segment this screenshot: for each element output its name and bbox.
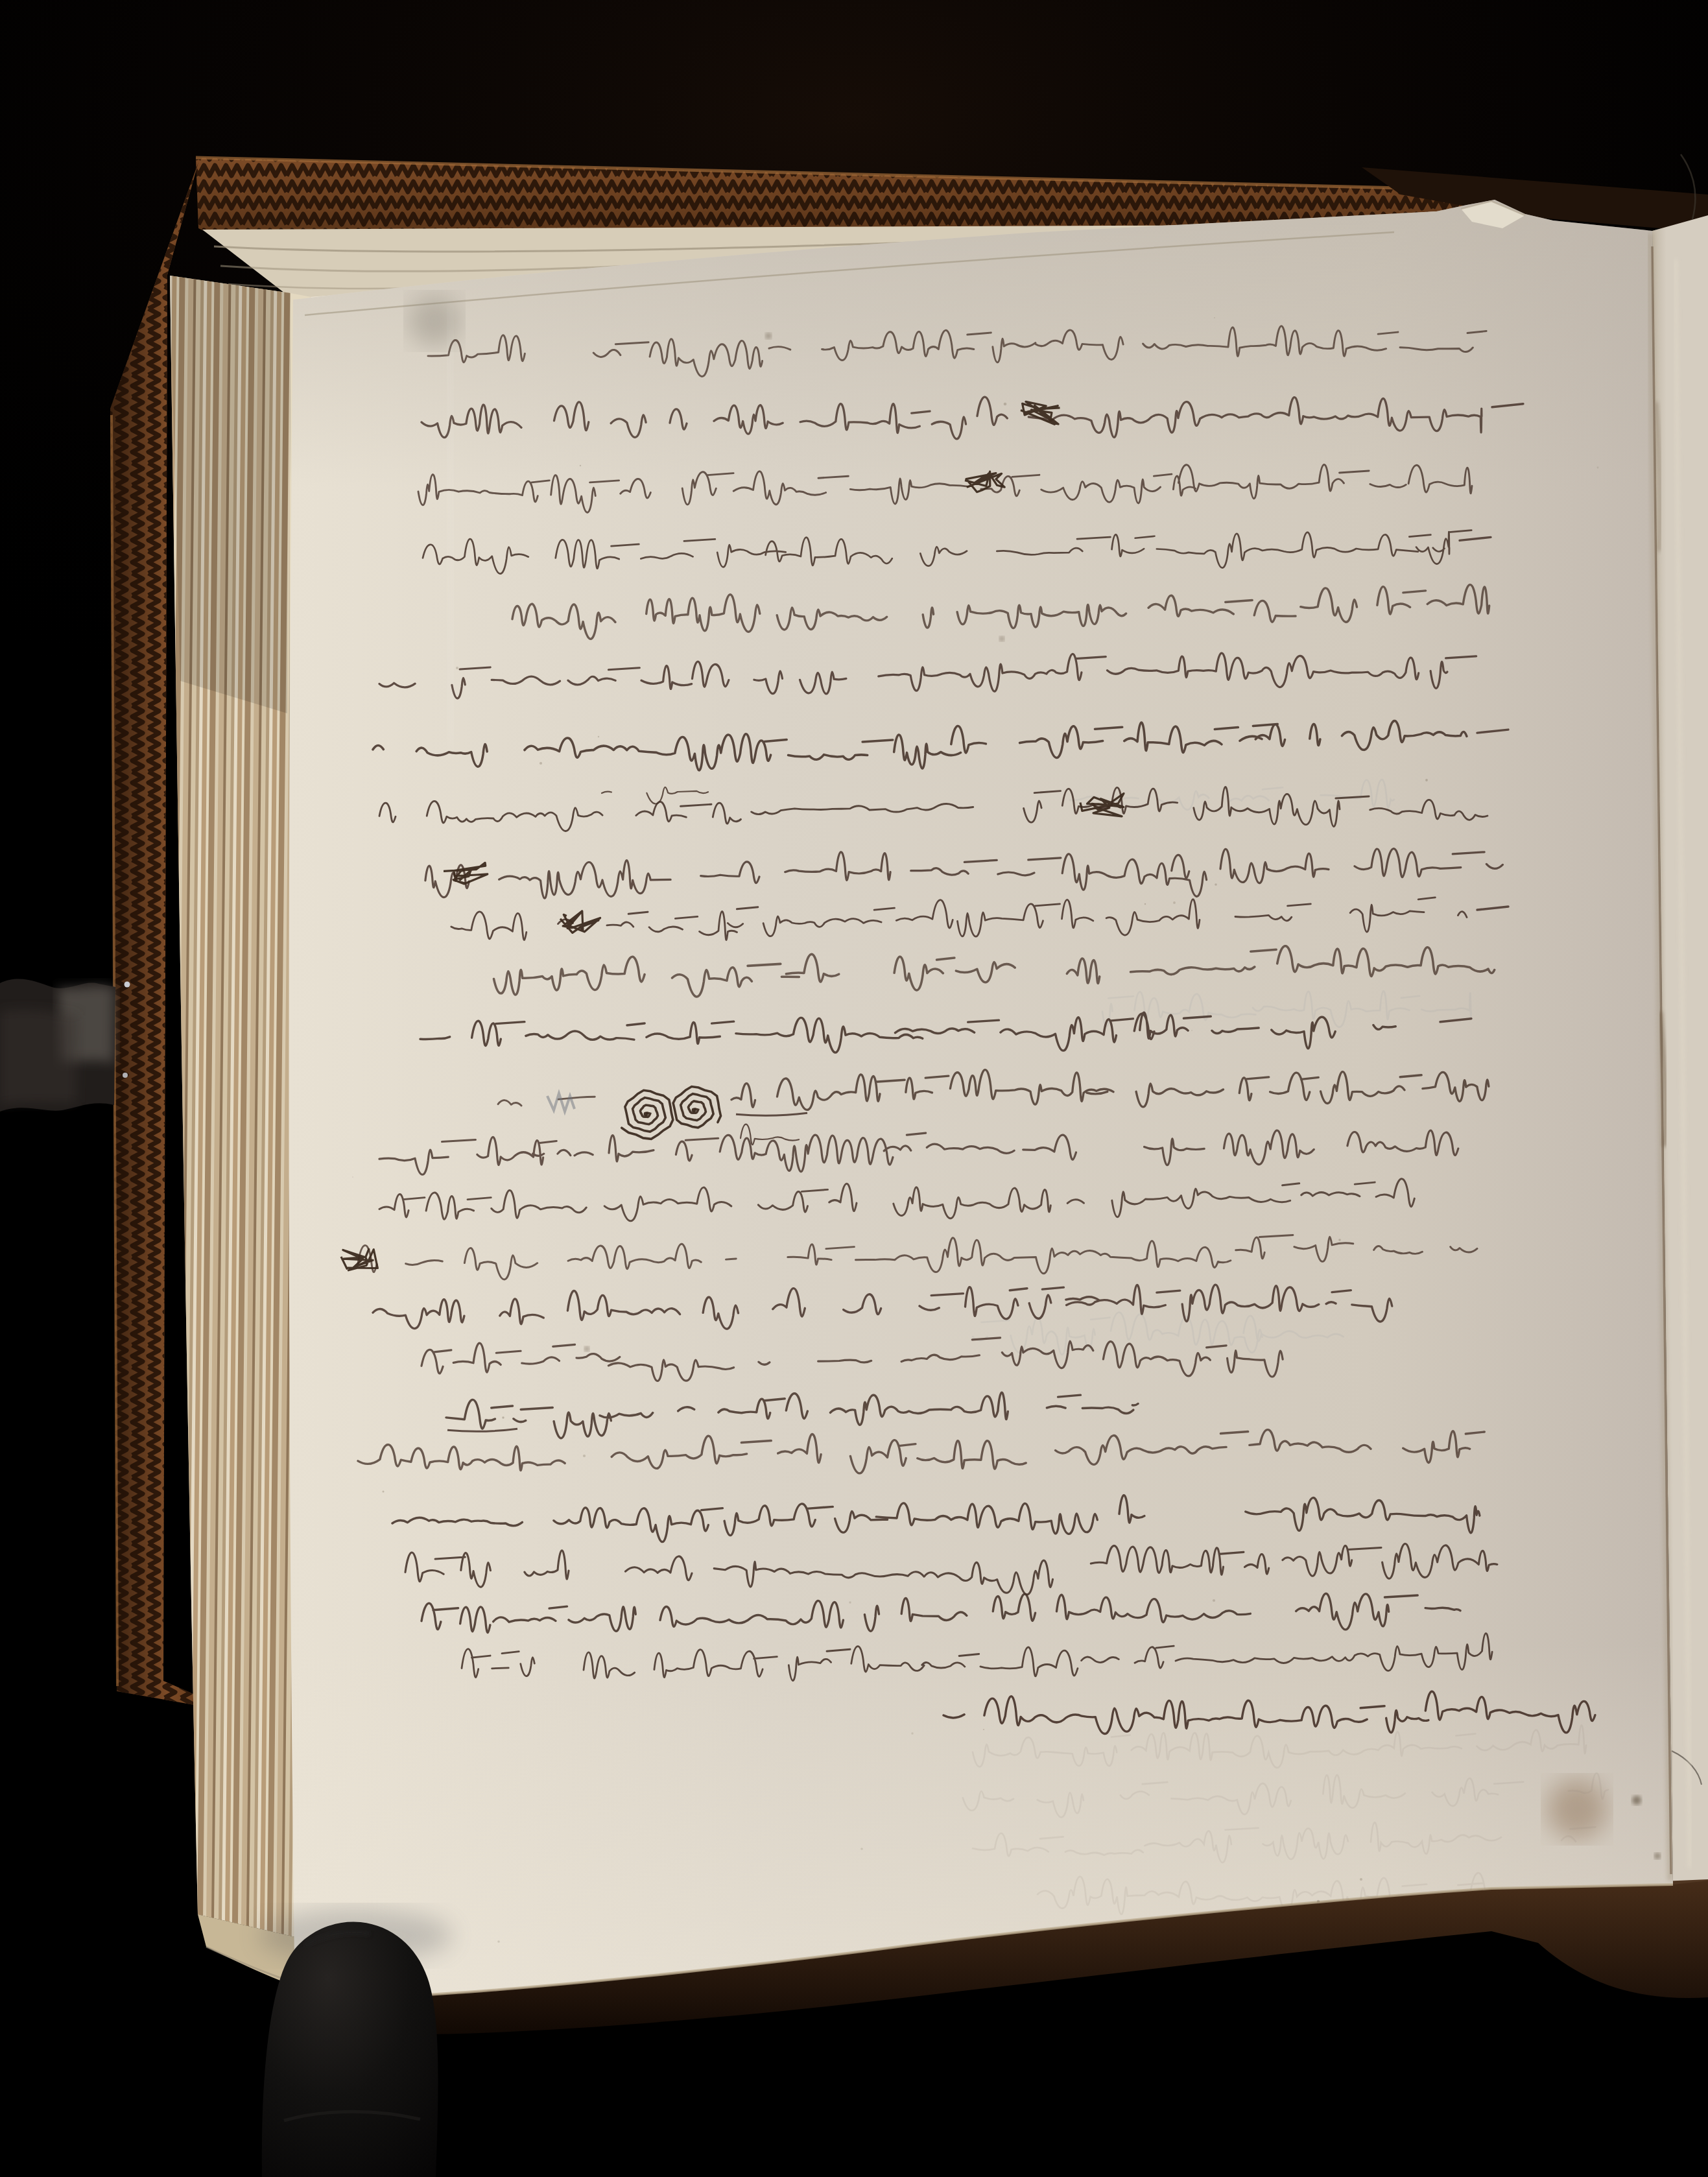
stain-spot [584, 1346, 589, 1351]
paper-speck [1004, 403, 1007, 406]
paper-speck [1145, 903, 1146, 905]
doodle-center-dot [644, 1112, 648, 1117]
paper-speck [1125, 1562, 1128, 1565]
paper-speck [1597, 467, 1599, 469]
paper-speck [911, 1732, 913, 1734]
doodle-center-dot [692, 1108, 696, 1113]
paper-speck [580, 465, 581, 466]
paper-speck [983, 1729, 984, 1730]
paper-speck [1360, 1878, 1362, 1881]
manuscript-photograph [0, 0, 1708, 2177]
paper-speck [849, 1601, 851, 1603]
paper-speck [1215, 883, 1217, 886]
paper-speck [352, 1176, 353, 1178]
paper-speck [1173, 901, 1176, 904]
book [0, 154, 1708, 2177]
paper-speck [860, 1848, 863, 1850]
manuscript-page [289, 200, 1690, 2003]
paper-speck [502, 1416, 504, 1418]
paper-speck [497, 1940, 500, 1943]
paper-speck [1425, 779, 1428, 781]
stain-spot [409, 295, 460, 347]
stain-spot [1632, 1796, 1641, 1805]
paper-speck [1338, 1239, 1341, 1241]
paper-speck [1213, 1599, 1215, 1602]
clasp-rivet-icon [123, 1073, 128, 1078]
stain-spot [765, 333, 772, 339]
paper-speck [1191, 1030, 1192, 1031]
paper-speck [456, 667, 458, 669]
paper-speck [583, 1455, 586, 1457]
stain-spot [999, 636, 1004, 641]
paper-speck [540, 762, 542, 765]
clasp-rivet-icon [125, 982, 130, 988]
paper-speck [1214, 317, 1215, 318]
gloved-finger [258, 1909, 453, 2177]
clasp [0, 979, 130, 1112]
paper-speck [598, 736, 599, 737]
stain-spot [1547, 1779, 1607, 1839]
stain-spot [1654, 1853, 1661, 1859]
paper-speck [383, 1491, 385, 1493]
